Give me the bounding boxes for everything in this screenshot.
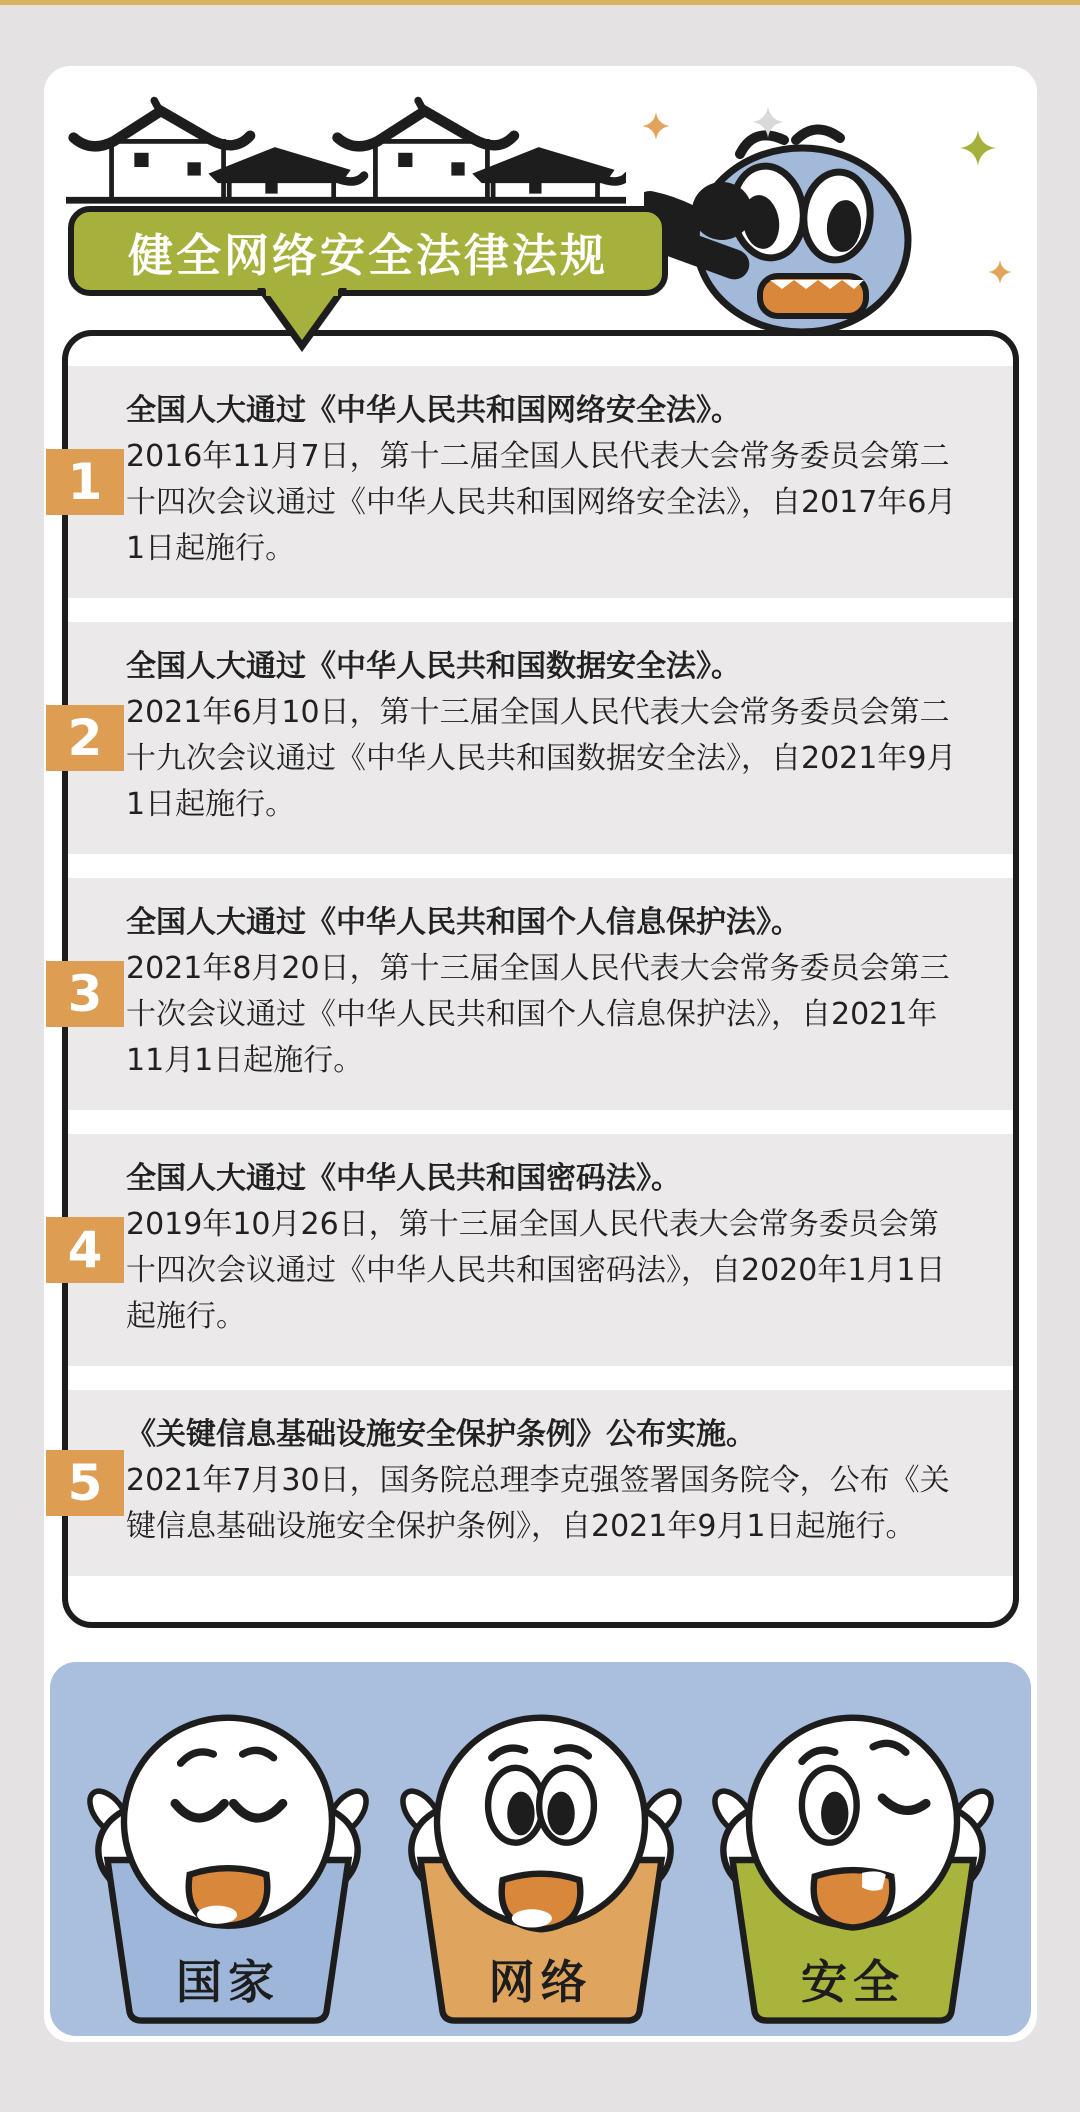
sparkle-icon xyxy=(642,112,670,140)
content-card: 健全网络安全法律法规 xyxy=(44,66,1037,2042)
law-item-3: 3 全国人大通过《中华人民共和国个人信息保护法》。 2021年8月20日，第十三… xyxy=(68,878,1013,1110)
village-houses-icon xyxy=(66,92,626,206)
number-badge: 1 xyxy=(46,449,124,515)
slogan-banner: 国家 xyxy=(50,1662,1031,2036)
number-badge: 5 xyxy=(46,1450,124,1516)
header-section: 健全网络安全法律法规 xyxy=(44,66,1037,330)
sparkle-icon xyxy=(752,106,784,138)
law-body: 2021年8月20日，第十三届全国人民代表大会常务委员会第三十次会议通过《中华人… xyxy=(126,946,967,1084)
law-body: 2016年11月7日，第十二届全国人民代表大会常务委员会第二十四次会议通过《中华… xyxy=(126,434,967,572)
law-item-4: 4 全国人大通过《中华人民共和国密码法》。 2019年10月26日，第十三届全国… xyxy=(68,1134,1013,1366)
mascot-face-icon xyxy=(644,110,914,332)
laws-card: 1 全国人大通过《中华人民共和国网络安全法》。 2016年11月7日，第十二届全… xyxy=(62,330,1019,1628)
top-accent-bar xyxy=(0,0,1080,5)
character-label: 安全 xyxy=(707,1946,999,2012)
number-badge: 3 xyxy=(46,961,124,1027)
banner-tail-icon xyxy=(256,288,348,352)
law-title: 全国人大通过《中华人民共和国个人信息保护法》。 xyxy=(126,900,967,946)
law-item-5: 5 《关键信息基础设施安全保护条例》公布实施。 2021年7月30日，国务院总理… xyxy=(68,1390,1013,1576)
law-item-1: 1 全国人大通过《中华人民共和国网络安全法》。 2016年11月7日，第十二届全… xyxy=(68,366,1013,598)
sparkle-icon xyxy=(960,130,996,166)
page-title: 健全网络安全法律法规 xyxy=(128,219,608,284)
character-figure-wangluo: 网络 xyxy=(395,1684,687,2036)
character-label: 国家 xyxy=(82,1946,374,2012)
title-banner: 健全网络安全法律法规 xyxy=(68,206,668,296)
law-body: 2021年6月10日，第十三届全国人民代表大会常务委员会第二十九次会议通过《中华… xyxy=(126,690,967,828)
law-title: 《关键信息基础设施安全保护条例》公布实施。 xyxy=(126,1412,967,1458)
law-title: 全国人大通过《中华人民共和国数据安全法》。 xyxy=(126,644,967,690)
character-figure-guojia: 国家 xyxy=(82,1684,374,2036)
mascot-hand-icon xyxy=(692,182,752,240)
sparkle-icon xyxy=(988,260,1012,284)
number-badge: 2 xyxy=(46,705,124,771)
law-body: 2019年10月26日，第十三届全国人民代表大会常务委员会第十四次会议通过《中华… xyxy=(126,1202,967,1340)
law-title: 全国人大通过《中华人民共和国密码法》。 xyxy=(126,1156,967,1202)
law-item-2: 2 全国人大通过《中华人民共和国数据安全法》。 2021年6月10日，第十三届全… xyxy=(68,622,1013,854)
law-body: 2021年7月30日，国务院总理李克强签署国务院令，公布《关键信息基础设施安全保… xyxy=(126,1458,967,1550)
number-badge: 4 xyxy=(46,1217,124,1283)
character-label: 网络 xyxy=(395,1946,687,2012)
character-figure-anquan: 安全 xyxy=(707,1684,999,2036)
law-title: 全国人大通过《中华人民共和国网络安全法》。 xyxy=(126,388,967,434)
